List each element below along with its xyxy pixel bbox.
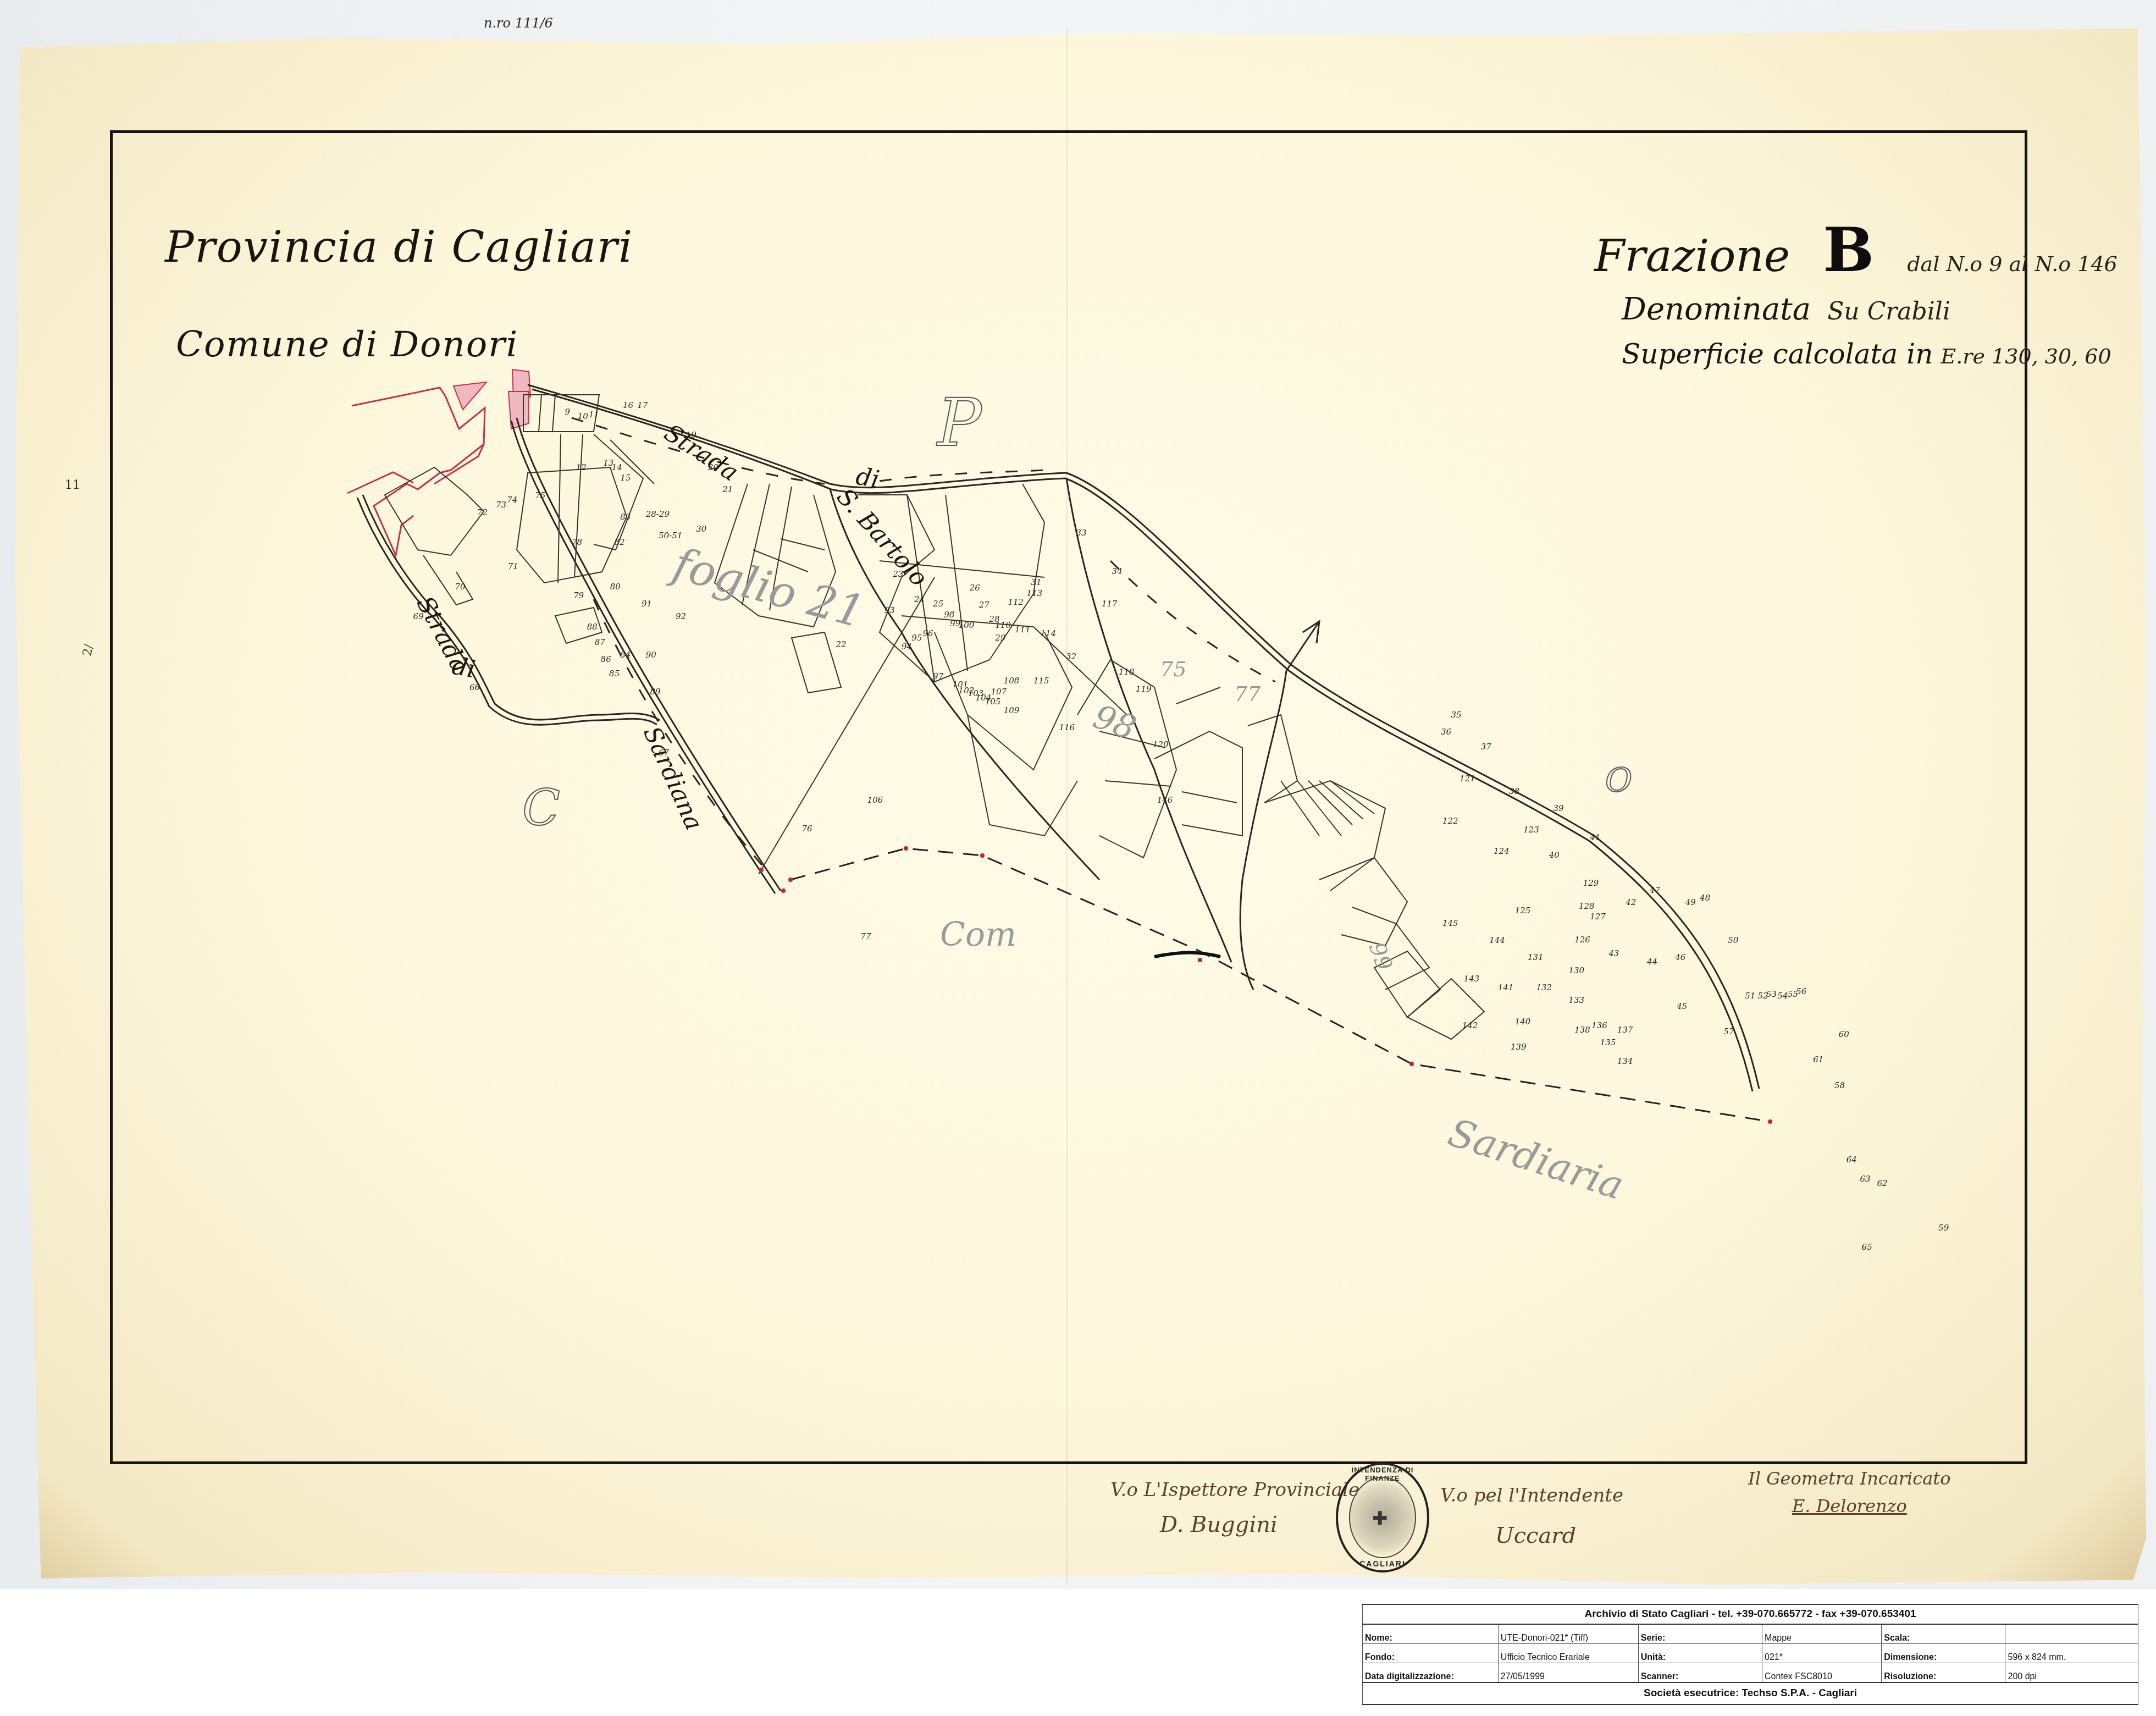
- parcel-number: 134: [1617, 1056, 1633, 1066]
- parcel-number: 96: [923, 628, 934, 638]
- parcel-number: 87: [595, 637, 606, 647]
- parcel-number: 80: [610, 582, 621, 592]
- parcel-number: 32: [1066, 652, 1076, 661]
- parcel-number: 14: [612, 462, 622, 472]
- parcel-number: 91: [642, 599, 652, 609]
- parcel-number: 143: [1464, 974, 1480, 984]
- parcel-number: 85: [609, 669, 620, 678]
- parcel-number: 138: [1574, 1025, 1590, 1035]
- parcel-number: 77: [860, 931, 871, 941]
- cell-label: Scala:: [1882, 1624, 2005, 1644]
- geometra-signature-title: Il Geometra Incaricato: [1748, 1468, 1950, 1489]
- parcel-number: 29: [994, 633, 1006, 643]
- cell-value: 27/05/1999: [1498, 1663, 1638, 1683]
- parcel-number: 16: [623, 400, 634, 410]
- parcel-number: 126: [1574, 935, 1590, 945]
- cell-label: Nome:: [1363, 1624, 1499, 1644]
- parcel-number: 64: [1847, 1155, 1857, 1165]
- parcel-number: 11: [589, 410, 599, 420]
- parcel-number: 135: [1600, 1038, 1616, 1047]
- parcel-number: 133: [1568, 995, 1584, 1005]
- parcel-number: 75: [535, 490, 545, 500]
- parcel-number: 50: [1728, 935, 1739, 945]
- parcel-number: 45: [1676, 1001, 1687, 1011]
- parcel-number: 31: [1031, 577, 1041, 587]
- pencil-note: 98: [1088, 697, 1141, 748]
- parcel-number: 128: [1579, 901, 1595, 911]
- parcel-number: 95: [911, 633, 922, 643]
- cell-value: 200 dpi: [2005, 1663, 2138, 1683]
- parcel-number: 39: [1554, 803, 1565, 813]
- road-label: di: [450, 652, 477, 684]
- boundary-markers: [759, 846, 1772, 1124]
- parcel-number: 65: [1862, 1242, 1872, 1252]
- parcel-number: 17: [637, 400, 648, 410]
- pencil-note: 77: [1234, 682, 1261, 706]
- parcel-number: 123: [1523, 825, 1539, 835]
- parcel-number: 51: [1745, 991, 1755, 1001]
- parcel-number: 9: [565, 407, 571, 417]
- cell-label: Risoluzione:: [1882, 1663, 2005, 1683]
- inspector-signature: D. Buggini: [1160, 1512, 1278, 1537]
- region-letter: O: [1605, 762, 1632, 800]
- communal-boundary: [790, 848, 1770, 1122]
- parcel-number: 146: [1157, 795, 1173, 805]
- parcel-number: 120: [1153, 740, 1169, 749]
- parcel-number: 107: [991, 687, 1007, 697]
- red-boundary: [347, 388, 485, 555]
- parcel-number: 35: [1451, 710, 1462, 720]
- parcel-number: 60: [1839, 1029, 1850, 1039]
- cell-value: Mappe: [1762, 1624, 1882, 1644]
- archive-header: Archivio di Stato Cagliari - tel. +39-07…: [1363, 1604, 2138, 1624]
- parcel-number: 22: [835, 639, 846, 649]
- parcel-number: 89: [650, 687, 661, 697]
- parcel-number: 12: [576, 462, 587, 472]
- cell-label: Fondo:: [1363, 1644, 1499, 1663]
- parcel-number: 10: [578, 411, 589, 421]
- parcel-number: 93: [884, 605, 895, 615]
- geometra-signature: E. Delorenzo: [1792, 1496, 1907, 1516]
- parcel-number: 90: [646, 650, 657, 660]
- cell-label: Scanner:: [1638, 1663, 1762, 1683]
- parcel-lines: [385, 395, 1484, 1039]
- parcel-number: 118: [1119, 667, 1135, 677]
- parcel-number: 37: [1481, 742, 1492, 752]
- parcel-number: 30: [696, 524, 707, 534]
- parcel-number: 94: [902, 642, 912, 652]
- stamp-text-bottom: CAGLIARI: [1338, 1559, 1427, 1568]
- archive-metadata-table: Archivio di Stato Cagliari - tel. +39-07…: [1362, 1604, 2138, 1705]
- region-letter: C: [522, 779, 560, 837]
- parcel-number: 111: [1015, 625, 1031, 634]
- parcel-number: 46: [1674, 952, 1686, 962]
- parcel-number: 124: [1494, 846, 1510, 856]
- cell-value: Ufficio Tecnico Erariale: [1498, 1644, 1638, 1663]
- parcel-number: 15: [620, 473, 631, 483]
- parcel-number: 66: [469, 682, 480, 692]
- pencil-notes: foglio 21ComSardiaria98997775: [665, 537, 1629, 1209]
- red-areas: [454, 369, 530, 429]
- parcel-number: 73: [496, 500, 506, 510]
- inspector-signature-title: V.o L'Ispettore Provinciale: [1110, 1479, 1359, 1501]
- parcel-number: 79: [573, 591, 584, 600]
- parcel-number: 27: [979, 600, 990, 610]
- contractor-footer: Società esecutrice: Techso S.P.A. - Cagl…: [1363, 1682, 2138, 1704]
- cell-value: UTE-Donori-021* (Tiff): [1498, 1624, 1638, 1644]
- parcel-number: 44: [1646, 957, 1657, 967]
- parcel-number: 100: [959, 620, 975, 630]
- intendente-signature-title: V.o pel l'Intendente: [1440, 1485, 1623, 1507]
- parcel-number: 43: [1608, 948, 1619, 958]
- parcel-number: 71: [508, 561, 518, 571]
- parcel-number: 139: [1511, 1042, 1527, 1052]
- region-letter: P: [936, 385, 983, 461]
- parcel-number: 140: [1515, 1017, 1531, 1027]
- parcel-number: 36: [1441, 727, 1452, 737]
- parcel-number: 69: [413, 611, 424, 621]
- parcel-number: 121: [1460, 774, 1475, 783]
- parcel-number: 62: [1877, 1178, 1888, 1188]
- parcel-number: 145: [1442, 918, 1458, 928]
- parcel-number: 58: [1834, 1080, 1845, 1090]
- parcel-number: 115: [1033, 676, 1049, 686]
- parcel-number: 130: [1568, 965, 1584, 975]
- parcel-number: 49: [1685, 897, 1696, 907]
- cadastral-map: StradadiS. BartoloStradadiSardiana PCO f…: [0, 0, 2156, 1589]
- pencil-note: Sardiaria: [1443, 1110, 1629, 1209]
- parcel-number: 129: [1583, 878, 1599, 888]
- parcel-number: 41: [1589, 832, 1600, 842]
- parcel-number: 40: [1549, 850, 1560, 860]
- parcel-number: 23: [892, 569, 903, 579]
- parcel-number: 117: [1102, 599, 1118, 609]
- parcel-number: 83: [620, 512, 631, 522]
- parcel-number: 24: [914, 594, 925, 604]
- cell-value: Contex FSC8010: [1762, 1663, 1882, 1683]
- cell-value: 021*: [1762, 1644, 1882, 1663]
- parcel-number: 127: [1590, 912, 1606, 922]
- parcel-number: 137: [1617, 1025, 1633, 1035]
- road-label: Sardiana: [638, 722, 708, 835]
- pencil-note: 75: [1160, 657, 1186, 681]
- parcel-number: 48: [1699, 893, 1710, 903]
- parcel-number: 56: [1796, 986, 1807, 996]
- parcel-number: 106: [867, 795, 883, 805]
- parcel-number: 116: [1059, 722, 1075, 732]
- parcel-number: 50-51: [659, 531, 682, 540]
- parcel-number: 82: [614, 537, 624, 547]
- pencil-note: 99: [1364, 939, 1397, 974]
- parcel-numbers: 910111213141516171920212223242526272828-…: [413, 400, 1949, 1252]
- parcel-number: 21: [722, 484, 733, 494]
- parcel-number: 114: [1040, 628, 1056, 638]
- parcel-number: 53: [1766, 989, 1777, 999]
- table-row: Data digitalizzazione: 27/05/1999 Scanne…: [1363, 1663, 2138, 1683]
- parcel-number: 61: [1813, 1055, 1823, 1064]
- road-label: Strada: [659, 418, 743, 487]
- parcel-number: 33: [1076, 528, 1087, 538]
- parcel-number: 72: [477, 507, 488, 517]
- parcel-number: 110: [995, 620, 1011, 630]
- parcel-number: 28-29: [645, 509, 670, 519]
- parcel-number: 86: [601, 654, 612, 664]
- parcel-number: 20: [707, 462, 719, 472]
- cell-value: [2005, 1624, 2138, 1644]
- parcel-number: 57: [1724, 1027, 1735, 1036]
- parcel-number: 42: [1625, 897, 1636, 907]
- parcel-number: 112: [1008, 597, 1024, 607]
- parcel-number: 108: [1004, 676, 1020, 686]
- parcel-number: 122: [1442, 816, 1458, 826]
- parcel-number: 26: [969, 583, 981, 593]
- parcel-number: 34: [1112, 566, 1123, 576]
- intendente-signature: Uccard: [1495, 1523, 1576, 1548]
- parcel-number: 38: [1509, 786, 1519, 796]
- parcel-number: 119: [1136, 684, 1152, 694]
- cell-label: Data digitalizzazione:: [1363, 1663, 1499, 1683]
- parcel-number: 132: [1536, 983, 1552, 992]
- official-stamp: INTENDENZA DI FINANZE ✚ CAGLIARI: [1336, 1463, 1429, 1572]
- parcel-number: 97: [933, 671, 944, 681]
- parcel-number: 47: [1649, 885, 1661, 895]
- parcel-number: 59: [1938, 1223, 1949, 1233]
- parcel-number: 63: [1860, 1174, 1871, 1184]
- pencil-note: foglio 21: [665, 537, 870, 638]
- parcel-number: 125: [1515, 906, 1531, 915]
- parcel-number: 25: [932, 599, 943, 609]
- cell-label: Serie:: [1638, 1624, 1762, 1644]
- parcel-number: 76: [801, 824, 812, 834]
- parcel-number: 131: [1528, 952, 1544, 962]
- parcel-number: 142: [1462, 1020, 1478, 1030]
- parcel-number: 54: [1777, 991, 1788, 1001]
- savoy-cross-icon: ✚: [1372, 1508, 1388, 1530]
- cell-label: Unità:: [1638, 1644, 1762, 1663]
- table-row: Nome: UTE-Donori-021* (Tiff) Serie: Mapp…: [1363, 1624, 2138, 1644]
- parcel-number: 113: [1027, 588, 1043, 598]
- parcel-number: 70: [455, 582, 466, 592]
- parcel-number: 136: [1591, 1020, 1607, 1030]
- parcel-number: 141: [1498, 983, 1514, 992]
- cell-label: Dimensione:: [1882, 1644, 2005, 1663]
- parcel-number: 105: [985, 697, 1001, 707]
- parcel-number: 84: [620, 650, 631, 660]
- parcel-number: 19: [686, 430, 697, 440]
- pencil-note: Com: [940, 915, 1016, 954]
- parcel-number: 92: [676, 611, 686, 621]
- parcel-number: 74: [507, 495, 517, 505]
- stream-mark: [1154, 953, 1220, 957]
- parcel-number: 67: [659, 748, 670, 758]
- road-label: S. Bartolo: [831, 483, 933, 592]
- table-row: Fondo: Ufficio Tecnico Erariale Unità: 0…: [1363, 1644, 2138, 1663]
- parcel-number: 109: [1004, 705, 1020, 715]
- cell-value: 596 x 824 mm.: [2005, 1644, 2138, 1663]
- parcel-number: 88: [587, 622, 598, 632]
- parcel-number: 78: [572, 537, 582, 547]
- parcel-number: 144: [1489, 935, 1505, 945]
